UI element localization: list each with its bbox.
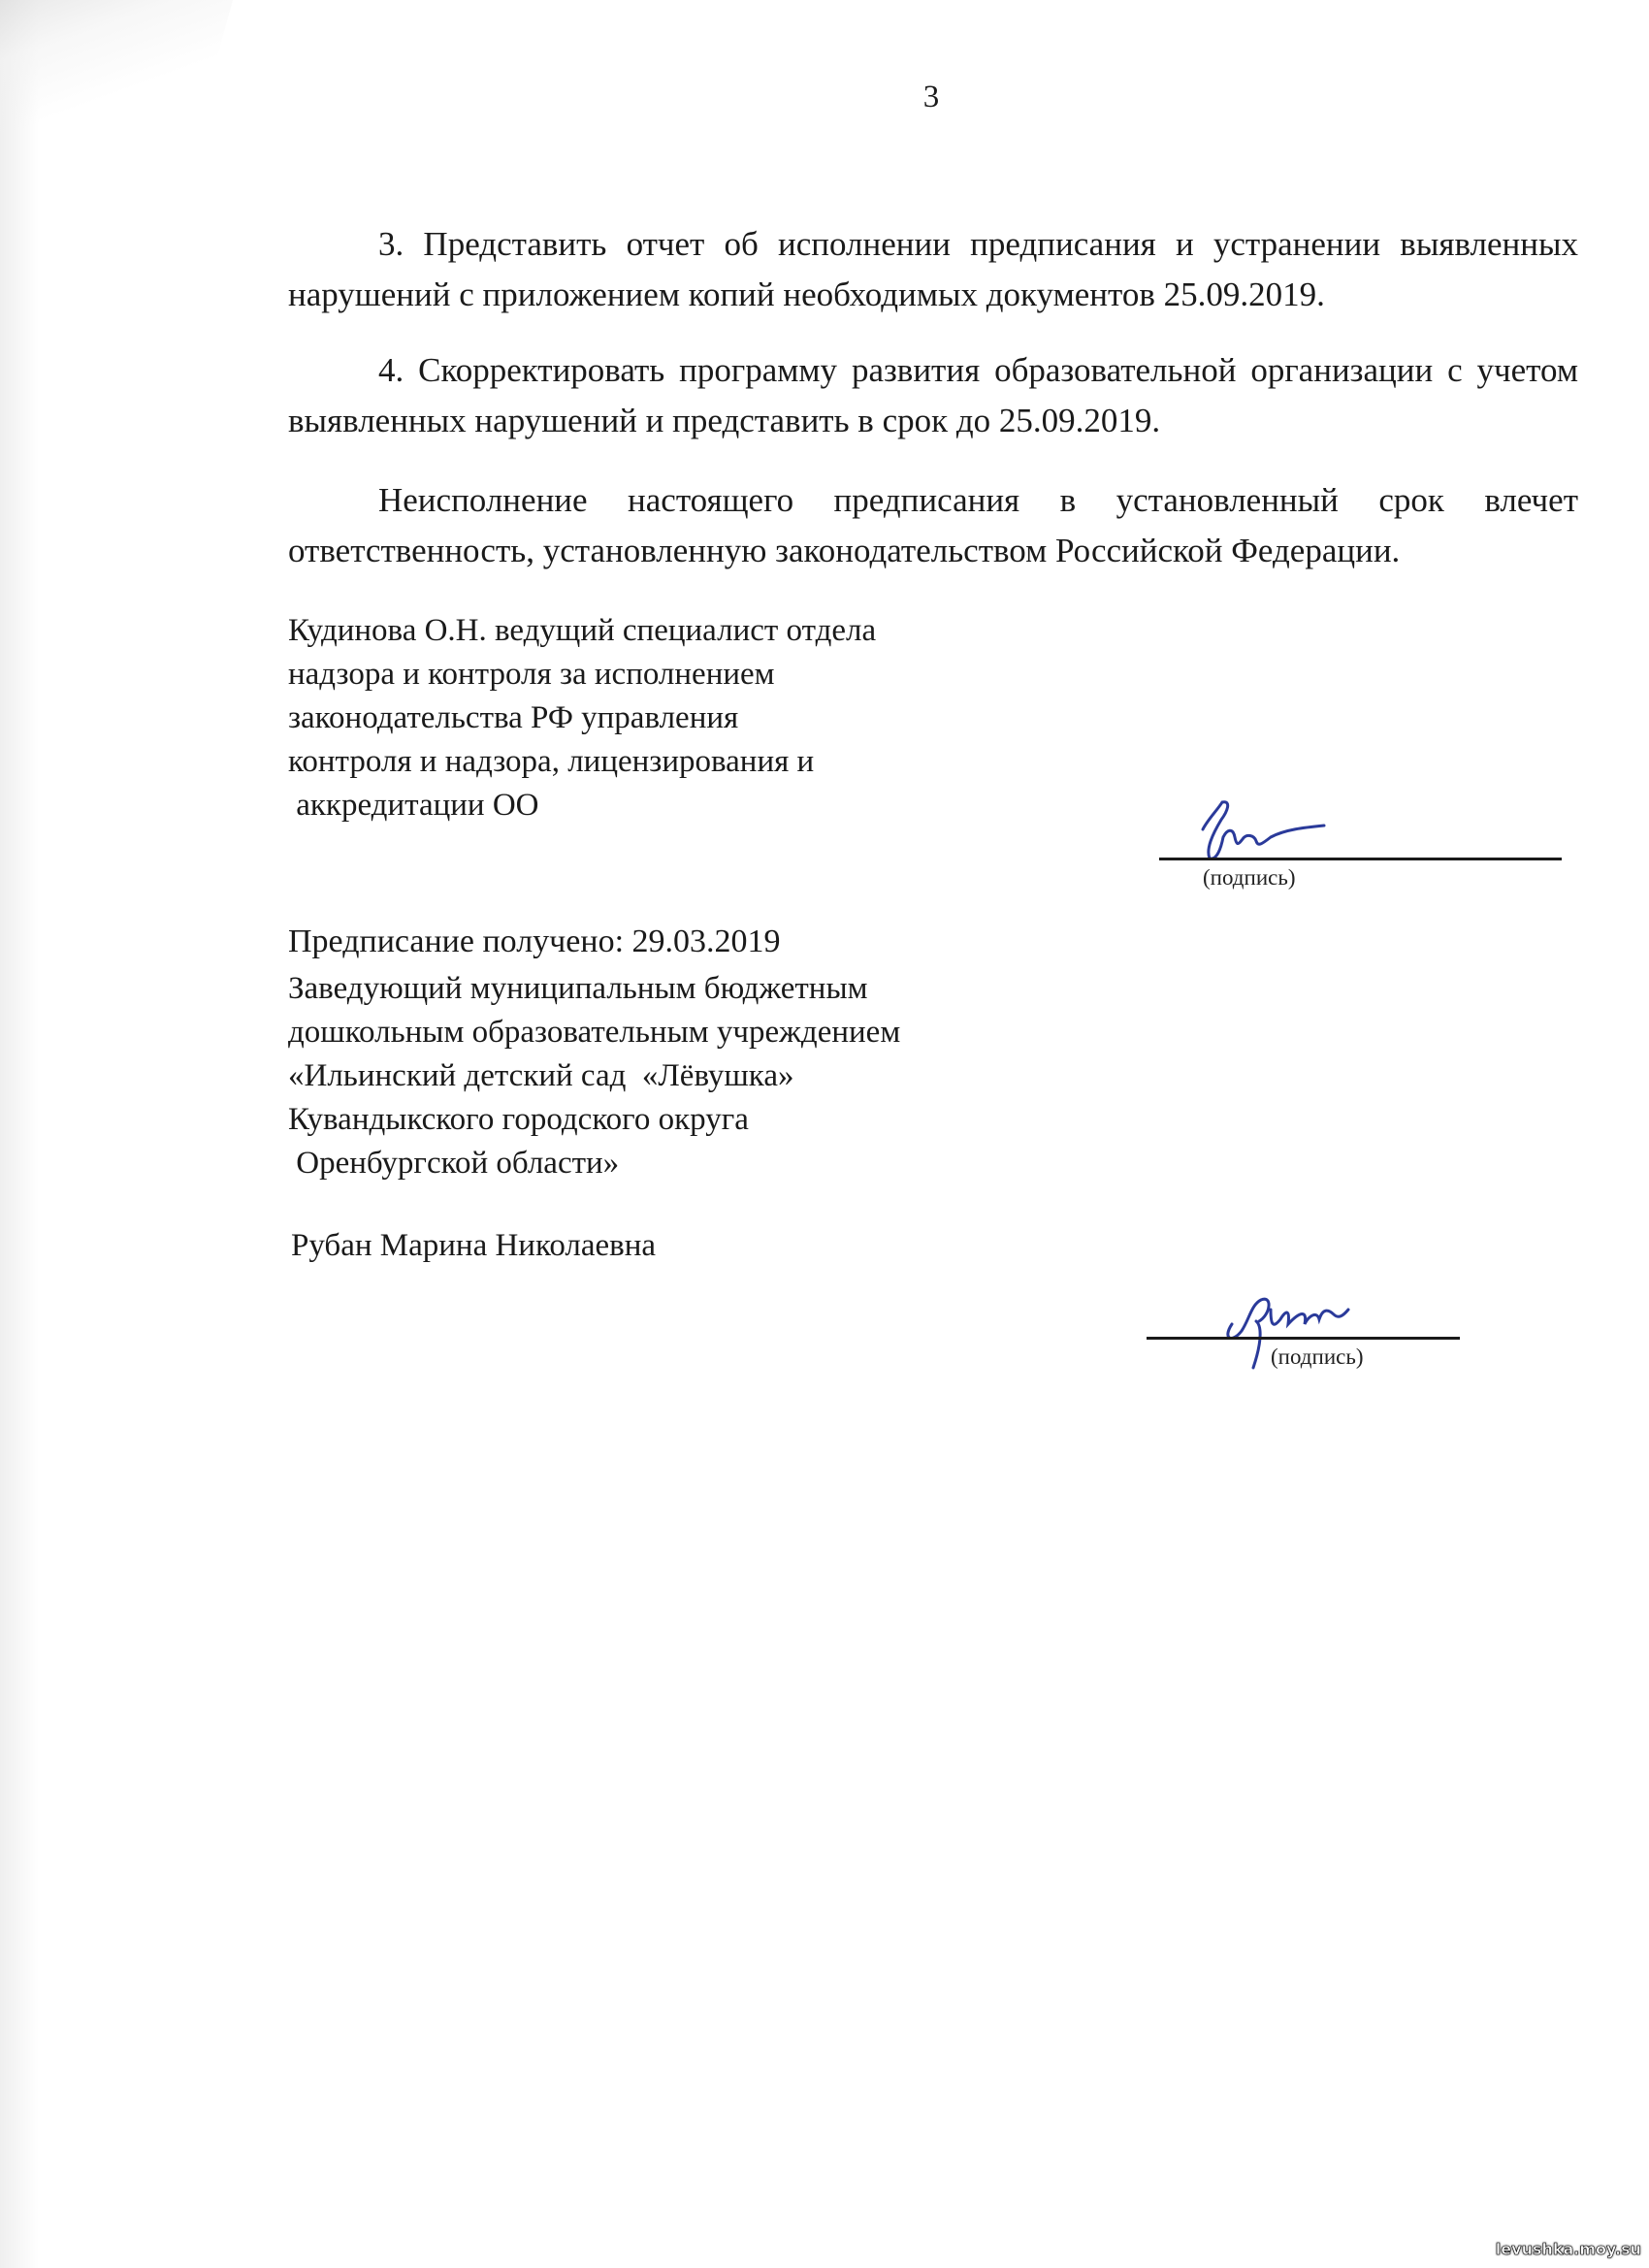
site-watermark: levushka.moy.su <box>1496 2240 1641 2258</box>
position-line: Кувандыкского городского округа <box>288 1098 900 1142</box>
page-number: 3 <box>0 80 1649 115</box>
position-line: Оренбургской области» <box>288 1142 900 1185</box>
item-4-paragraph: 4. Скорректировать программу развития об… <box>288 345 1578 446</box>
received-date: Предписание получено: 29.03.2019 <box>288 920 781 963</box>
recipient-position-block: Заведующий муниципальным бюджетным дошко… <box>288 967 900 1185</box>
inspector-signature-caption: (подпись) <box>1203 865 1295 891</box>
warning-paragraph: Неисполнение настоящего предписания в ус… <box>288 475 1578 576</box>
inspector-line: законодательства РФ управления <box>288 697 876 740</box>
recipient-signature-caption: (подпись) <box>1271 1345 1363 1370</box>
inspector-line: контроля и надзора, лицензирования и <box>288 740 876 784</box>
recipient-signature-line <box>1147 1337 1460 1340</box>
position-line: Заведующий муниципальным бюджетным <box>288 967 900 1011</box>
received-label: Предписание получено: 29.03.2019 <box>288 920 781 963</box>
inspector-line: аккредитации ОО <box>288 784 876 827</box>
inspector-signature-icon <box>1179 791 1334 868</box>
recipient-name-text: Рубан Марина Николаевна <box>291 1224 656 1268</box>
position-line: дошкольным образовательным учреждением <box>288 1011 900 1054</box>
inspector-block: Кудинова О.Н. ведущий специалист отдела … <box>288 609 876 827</box>
inspector-signature-line <box>1159 858 1562 860</box>
item-3-paragraph: 3. Представить отчет об исполнении предп… <box>288 219 1578 320</box>
inspector-line: надзора и контроля за исполнением <box>288 653 876 697</box>
recipient-name: Рубан Марина Николаевна <box>291 1224 656 1268</box>
position-line: «Ильинский детский сад «Лёвушка» <box>288 1054 900 1098</box>
inspector-line: Кудинова О.Н. ведущий специалист отдела <box>288 609 876 653</box>
